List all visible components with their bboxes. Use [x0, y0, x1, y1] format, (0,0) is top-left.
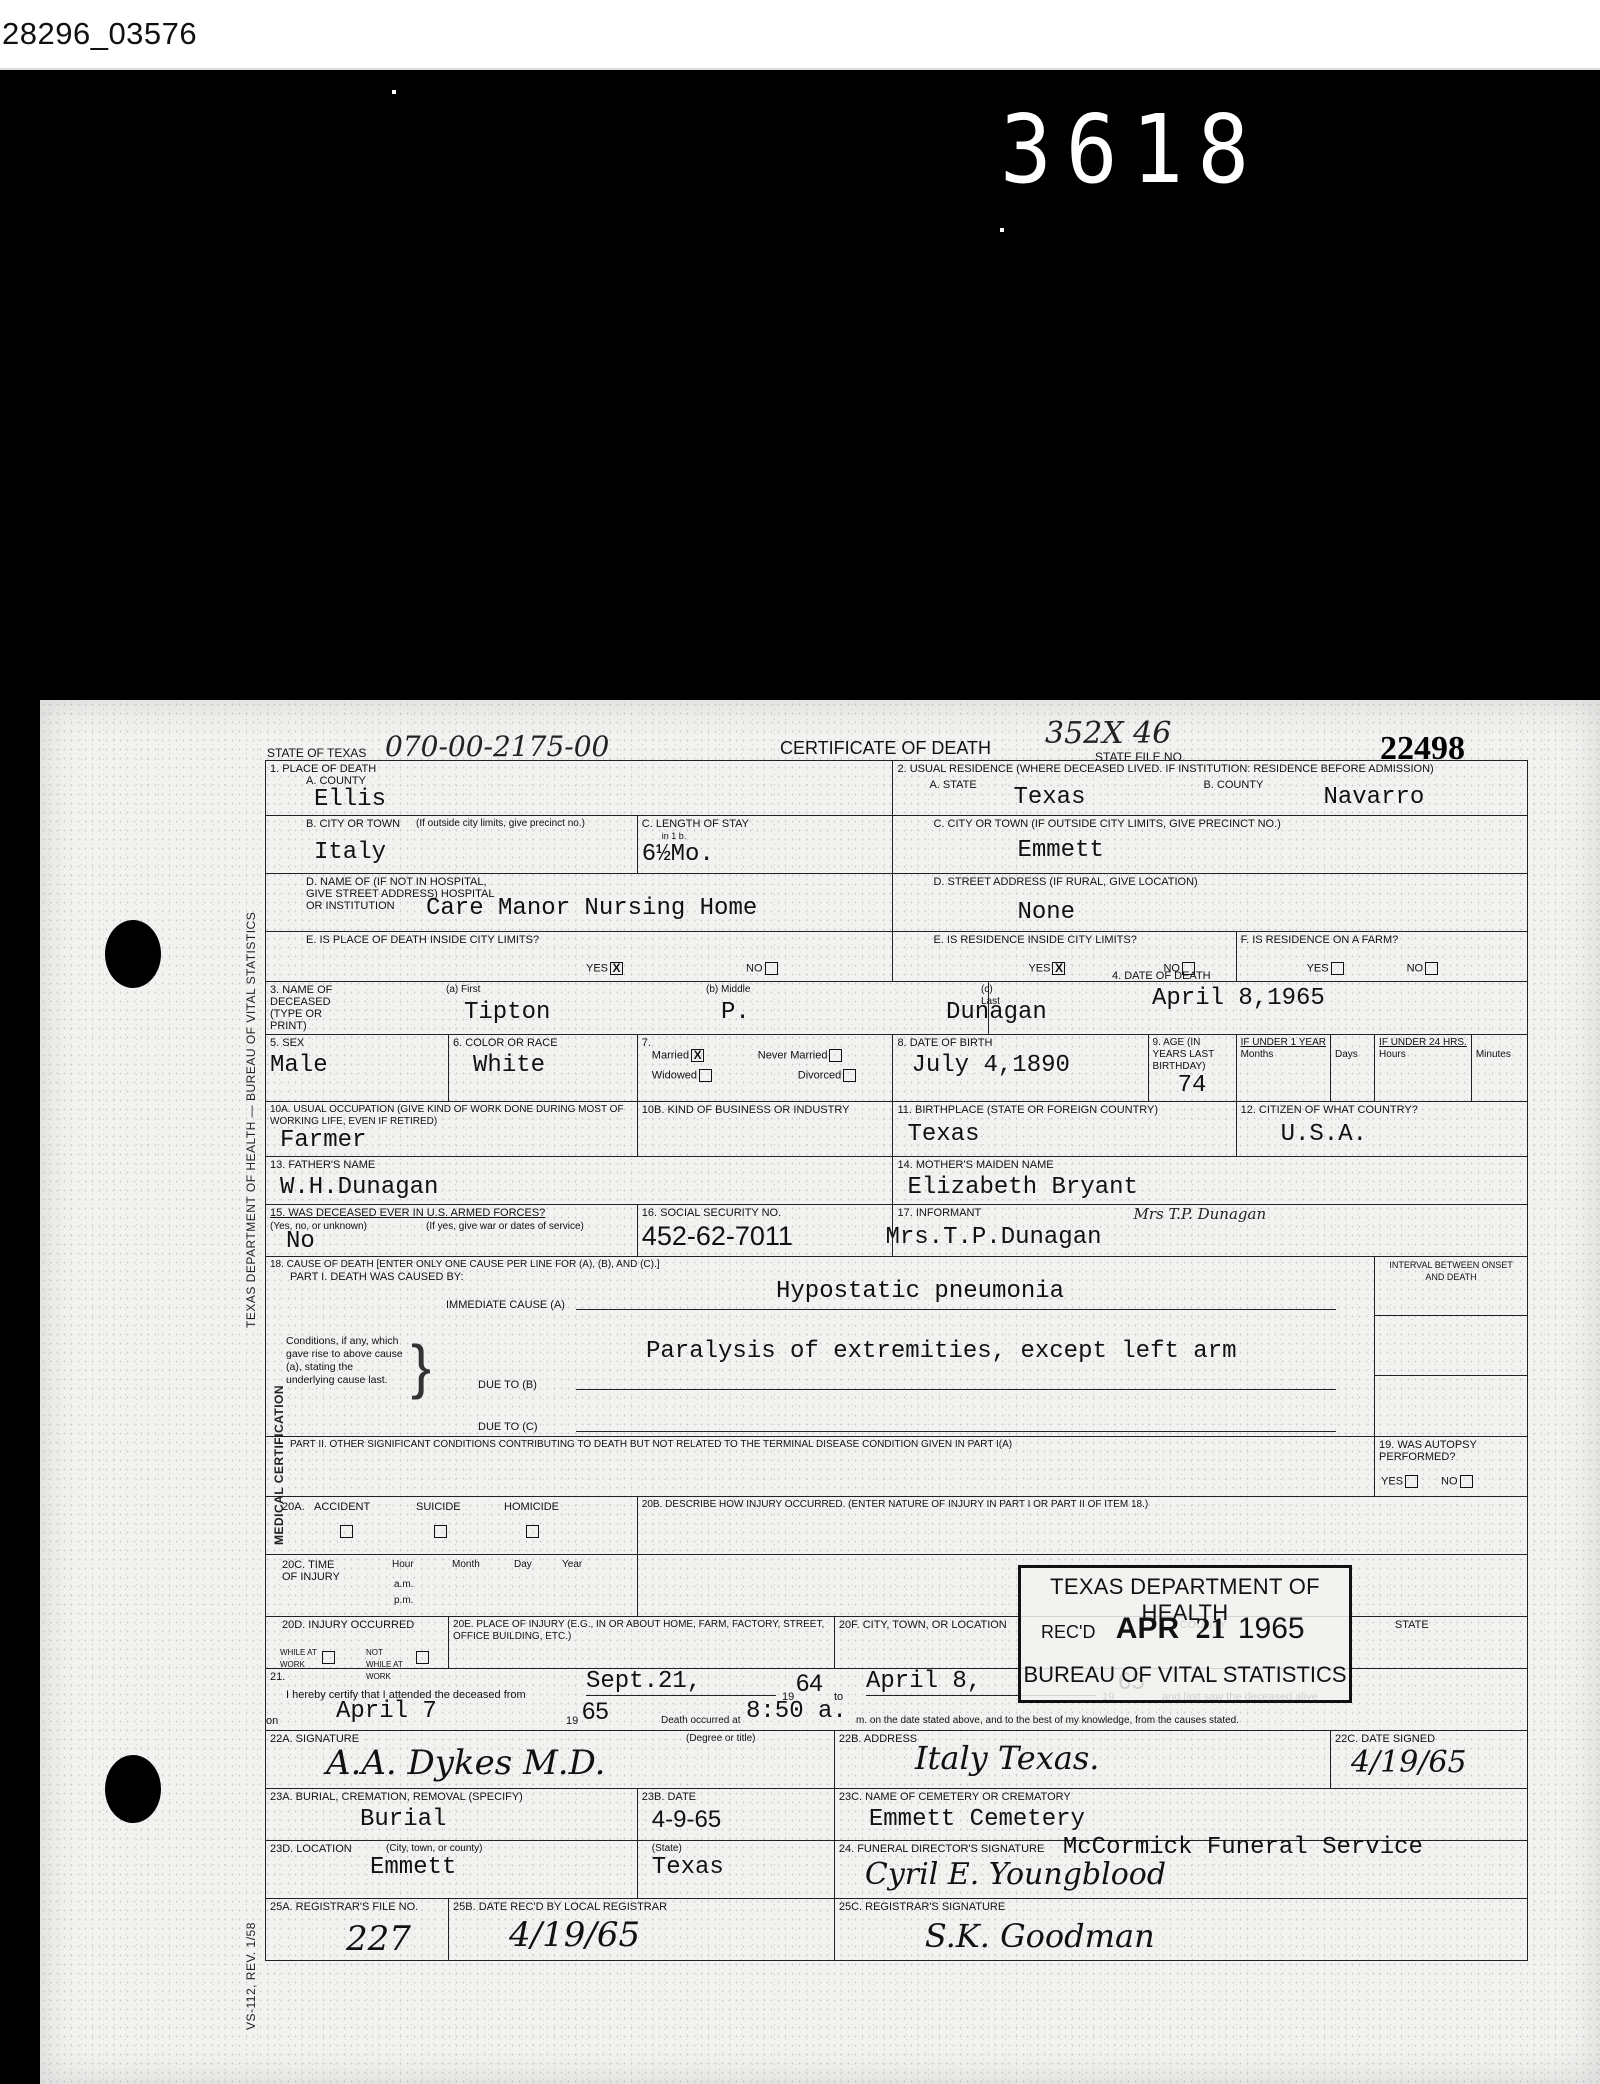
autopsy-yes[interactable]: YES	[1381, 1475, 1418, 1488]
sex-cell: 5. SEX Male	[266, 1035, 449, 1102]
immediate-cause-value[interactable]: Hypostatic pneumonia	[776, 1279, 1064, 1305]
father-name-value[interactable]: W.H.Dunagan	[270, 1171, 888, 1201]
registrar-signature-label: 25c. REGISTRAR'S SIGNATURE	[839, 1901, 1523, 1913]
institution-value[interactable]: Care Manor Nursing Home	[426, 896, 757, 922]
last-seen-date[interactable]: April 7	[336, 1699, 437, 1725]
months-label: Months	[1241, 1049, 1326, 1061]
hours-cell: IF UNDER 24 HRS. Hours	[1375, 1035, 1472, 1102]
birthplace-cell: 11. BIRTHPLACE (State or foreign country…	[893, 1102, 1236, 1157]
residence-city-cell: c. CITY OR TOWN (If outside city limits,…	[893, 816, 1528, 874]
date-signed-value: 4/19/65	[1351, 1745, 1467, 1780]
date-of-death-value[interactable]: April 8,1965	[1112, 986, 1325, 1012]
residence-street-cell: d. STREET ADDRESS (If rural, give locati…	[893, 874, 1528, 932]
interval-label: INTERVAL BETWEEN ONSET AND DEATH	[1379, 1259, 1523, 1283]
registrar-signature-cell: 25c. REGISTRAR'S SIGNATURE S.K. Goodman	[834, 1899, 1527, 1961]
handwritten-ref: 352X 46	[1045, 716, 1171, 751]
physician-signature-cell: 22a. SIGNATURE (Degree or title) A.A. Dy…	[266, 1731, 835, 1789]
due-to-c-label: DUE TO (c)	[478, 1421, 538, 1433]
location-cell: 23d. LOCATION (City, town, or county) Em…	[266, 1841, 638, 1899]
death-inside-limits-cell: e. IS PLACE OF DEATH INSIDE CITY LIMITS?…	[266, 932, 893, 982]
residence-state-county-cell: 2. USUAL RESIDENCE (Where deceased lived…	[893, 761, 1528, 816]
married-option[interactable]: MarriedX	[652, 1049, 704, 1062]
location-state-value[interactable]: Texas	[642, 1855, 830, 1881]
death-inside-no-checkbox[interactable]	[765, 962, 778, 975]
place-of-death-label: 1. PLACE OF DEATH	[270, 763, 888, 775]
certificate-header: STATE OF TEXAS 070-00-2175-00 CERTIFICAT…	[265, 730, 1545, 762]
date-of-birth-cell: 8. DATE OF BIRTH July 4,1890	[893, 1035, 1148, 1102]
injury-state-label: STATE	[1395, 1619, 1429, 1631]
citizenship-cell: 12. CITIZEN OF WHAT COUNTRY? U.S.A.	[1236, 1102, 1527, 1157]
length-of-stay-value[interactable]: 6½Mo.	[642, 842, 889, 868]
cemetery-label: 23c. NAME OF CEMETERY OR CREMATORY	[839, 1791, 1523, 1803]
funeral-director-cell: 24. FUNERAL DIRECTOR'S SIGNATURE McCormi…	[834, 1841, 1527, 1899]
age-cell: 9. AGE (In years last birthday) 74	[1148, 1035, 1236, 1102]
minutes-cell: Minutes	[1471, 1035, 1527, 1102]
pm-label: p.m.	[394, 1595, 413, 1607]
not-while-at-work-checkbox[interactable]	[416, 1651, 429, 1664]
registrar-file-label: 25a. REGISTRAR'S FILE NO.	[270, 1901, 444, 1913]
injury-occurred-cell: 20d. INJURY OCCURRED WHILE AT WORK NOT W…	[266, 1617, 449, 1669]
death-time-value[interactable]: 8:50 a.	[746, 1699, 847, 1725]
suicide-checkbox[interactable]	[434, 1525, 447, 1538]
physician-signature: A.A. Dykes M.D.	[326, 1743, 605, 1783]
stamp-year: 1965	[1238, 1612, 1305, 1645]
mother-name-cell: 14. MOTHER'S MAIDEN NAME Elizabeth Bryan…	[893, 1157, 1528, 1205]
middle-name-value[interactable]: P.	[721, 1000, 750, 1026]
residence-street-value[interactable]: None	[897, 888, 1523, 926]
due-to-b-label: DUE TO (b)	[478, 1379, 537, 1391]
disposition-method-value[interactable]: Burial	[270, 1803, 633, 1833]
state-label: STATE OF TEXAS	[267, 746, 366, 760]
married-checkbox[interactable]: X	[691, 1049, 704, 1062]
autopsy-no-checkbox[interactable]	[1460, 1475, 1473, 1488]
middle-name-label: (b) Middle	[706, 984, 750, 996]
no-label: NO	[1441, 1475, 1458, 1487]
institution-cell: d. NAME OF (If not in hospital, give str…	[266, 874, 893, 932]
hour-label: Hour	[392, 1559, 414, 1571]
certificate-form: 1. PLACE OF DEATH a. COUNTY Ellis 2. USU…	[265, 760, 1528, 1961]
while-at-work-checkbox[interactable]	[322, 1651, 335, 1664]
disposition-date-cell: 23b. DATE 4-9-65	[637, 1789, 834, 1841]
ssn-value[interactable]: 452-62-7011	[642, 1219, 889, 1249]
place-of-death-county-cell: 1. PLACE OF DEATH a. COUNTY Ellis	[266, 761, 893, 816]
disposition-method-label: 23a. BURIAL, CREMATION, REMOVAL (Specify…	[270, 1791, 633, 1803]
stamp-day: 21	[1195, 1612, 1225, 1645]
physician-address-cell: 22b. ADDRESS Italy Texas.	[834, 1731, 1330, 1789]
residence-inside-yes-checkbox[interactable]: X	[1052, 962, 1065, 975]
dob-value[interactable]: July 4,1890	[897, 1049, 1143, 1079]
injury-description-cell: 20b. DESCRIBE HOW INJURY OCCURRED. (Ente…	[637, 1497, 1527, 1555]
death-inside-yes-checkbox[interactable]: X	[610, 962, 623, 975]
suicide-label: SUICIDE	[416, 1501, 461, 1513]
under-24-label: IF UNDER 24 HRS.	[1379, 1037, 1467, 1049]
length-of-stay-label: c. LENGTH OF STAY	[642, 818, 889, 830]
punch-hole	[105, 920, 161, 988]
armed-forces-value[interactable]: No	[286, 1229, 315, 1255]
registrar-date-cell: 25b. DATE REC'D BY LOCAL REGISTRAR 4/19/…	[449, 1899, 835, 1961]
injury-time-label: 20c. TIME OF INJURY	[282, 1559, 342, 1583]
immediate-cause-line	[576, 1309, 1336, 1310]
never-married-option[interactable]: Never Married	[758, 1049, 843, 1062]
homicide-checkbox[interactable]	[526, 1525, 539, 1538]
residence-state-label: a. STATE	[929, 779, 976, 791]
birthplace-value[interactable]: Texas	[897, 1116, 1231, 1148]
industry-cell: 10b. KIND OF BUSINESS OR INDUSTRY	[637, 1102, 893, 1157]
attended-from-date[interactable]: Sept.21,	[586, 1669, 776, 1696]
cause-of-death-label: 18. CAUSE OF DEATH [Enter only one cause…	[270, 1259, 1370, 1271]
days-cell: Days	[1330, 1035, 1374, 1102]
stamp-bureau: BUREAU OF VITAL STATISTICS	[1021, 1662, 1349, 1688]
armed-forces-sub1: (Yes, no, or unknown)	[270, 1221, 367, 1233]
mother-name-value[interactable]: Elizabeth Bryant	[897, 1171, 1523, 1201]
brace-icon: }	[411, 1337, 431, 1397]
department-side-label: TEXAS DEPARTMENT OF HEALTH — BUREAU OF V…	[244, 912, 258, 1328]
death-city-cell: b. CITY OR TOWN (If outside city limits,…	[266, 816, 638, 874]
under-year-label: IF UNDER 1 YEAR	[1241, 1037, 1326, 1049]
date-signed-label: 22c. DATE SIGNED	[1335, 1733, 1523, 1745]
hours-label: Hours	[1379, 1049, 1467, 1061]
age-value[interactable]: 74	[1153, 1073, 1232, 1099]
accident-label: ACCIDENT	[314, 1501, 370, 1513]
citizenship-value[interactable]: U.S.A.	[1241, 1116, 1523, 1148]
stamp-date: REC'D APR 21 1965	[1021, 1612, 1349, 1646]
death-inside-limits-label: e. IS PLACE OF DEATH INSIDE CITY LIMITS?	[270, 934, 888, 946]
divorced-checkbox[interactable]	[843, 1069, 856, 1082]
autopsy-yes-checkbox[interactable]	[1405, 1475, 1418, 1488]
months-cell: IF UNDER 1 YEAR Months	[1236, 1035, 1330, 1102]
industry-label: 10b. KIND OF BUSINESS OR INDUSTRY	[642, 1104, 889, 1116]
physician-address: Italy Texas.	[915, 1739, 1100, 1777]
widowed-option[interactable]: Widowed	[652, 1069, 712, 1082]
injury-occurred-label: 20d. INJURY OCCURRED	[270, 1619, 444, 1631]
married-label: Married	[652, 1049, 689, 1061]
while-at-work-label: WHILE AT WORK	[280, 1647, 320, 1671]
cemetery-value[interactable]: Emmett Cemetery	[839, 1803, 1523, 1833]
disposition-date-label: 23b. DATE	[642, 1791, 830, 1803]
informant-signature: Mrs T.P. Dunagan	[1133, 1205, 1266, 1223]
farm-no[interactable]: NO	[1407, 962, 1439, 975]
location-state-cell: (State) Texas	[637, 1841, 834, 1899]
degree-label: (Degree or title)	[686, 1733, 755, 1745]
residence-street-label: d. STREET ADDRESS (If rural, give locati…	[897, 876, 1523, 888]
marital-label: 7.	[642, 1037, 889, 1049]
father-name-cell: 13. FATHER'S NAME W.H.Dunagan	[266, 1157, 893, 1205]
location-value[interactable]: Emmett	[270, 1855, 633, 1881]
location-hint: (City, town, or county)	[386, 1843, 483, 1855]
citizenship-label: 12. CITIZEN OF WHAT COUNTRY?	[1241, 1104, 1523, 1116]
age-label: 9. AGE (In years last birthday)	[1153, 1037, 1232, 1073]
divorced-option[interactable]: Divorced	[798, 1069, 856, 1082]
immediate-cause-label: IMMEDIATE CAUSE (a)	[446, 1299, 565, 1311]
divorced-label: Divorced	[798, 1069, 841, 1081]
ssn-label: 16. SOCIAL SECURITY NO.	[642, 1207, 889, 1219]
injury-time-cell: 20c. TIME OF INJURY Hour Month Day Year …	[266, 1555, 638, 1617]
due-to-b-line	[576, 1389, 1336, 1390]
due-to-b-value[interactable]: Paralysis of extremities, except left ar…	[646, 1339, 1237, 1365]
armed-forces-label: 15. WAS DECEASED EVER IN U.S. ARMED FORC…	[270, 1207, 633, 1219]
yes-label: YES	[1381, 1475, 1403, 1487]
day-label: Day	[514, 1559, 532, 1571]
injury-type-label: 20a.	[282, 1501, 305, 1513]
occupation-cell: 10a. USUAL OCCUPATION (Give kind of work…	[266, 1102, 638, 1157]
document-id-bar: 28296_03576	[0, 0, 1600, 70]
informant-value[interactable]: Mrs.T.P.Dunagan	[885, 1225, 1101, 1251]
father-name-label: 13. FATHER'S NAME	[270, 1159, 888, 1171]
occupation-value[interactable]: Farmer	[270, 1128, 633, 1154]
handwritten-code: 070-00-2175-00	[385, 730, 609, 763]
residence-label: 2. USUAL RESIDENCE (Where deceased lived…	[897, 763, 1523, 775]
residence-county-label: b. COUNTY	[1203, 779, 1263, 791]
yes-label: YES	[1028, 962, 1050, 974]
farm-label: f. IS RESIDENCE ON A FARM?	[1241, 934, 1523, 946]
death-city-hint: (If outside city limits, give precinct n…	[416, 818, 585, 830]
funeral-director-signature: Cyril E. Youngblood	[865, 1857, 1166, 1892]
interval-cell: INTERVAL BETWEEN ONSET AND DEATH	[1375, 1257, 1528, 1437]
never-married-label: Never Married	[758, 1049, 828, 1061]
registrar-signature: S.K. Goodman	[925, 1917, 1155, 1955]
never-married-checkbox[interactable]	[829, 1049, 842, 1062]
injury-place-label: 20e. PLACE OF INJURY (e.g., in or about …	[453, 1619, 830, 1643]
on-label: on	[266, 1715, 278, 1727]
residence-city-value[interactable]: Emmett	[897, 830, 1523, 864]
film-speck	[1000, 228, 1004, 232]
death-inside-yes[interactable]: YESX	[586, 962, 623, 975]
certification-statement: m. on the date stated above, and to the …	[856, 1715, 1239, 1726]
certificate-title: CERTIFICATE OF DEATH	[780, 738, 991, 759]
death-city-value[interactable]: Italy	[270, 830, 633, 866]
disposition-method-cell: 23a. BURIAL, CREMATION, REMOVAL (Specify…	[266, 1789, 638, 1841]
injury-place-cell: 20e. PLACE OF INJURY (e.g., in or about …	[449, 1617, 835, 1669]
date-of-death-block: 4. DATE OF DEATH April 8,1965	[1112, 970, 1325, 1012]
autopsy-label: 19. WAS AUTOPSY PERFORMED?	[1379, 1439, 1523, 1463]
death-inside-no[interactable]: NO	[746, 962, 778, 975]
marital-status-cell: 7. MarriedX Never Married Widowed Divorc…	[637, 1035, 893, 1102]
death-county-value[interactable]: Ellis	[270, 787, 888, 813]
injury-describe-label: 20b. DESCRIBE HOW INJURY OCCURRED. (Ente…	[642, 1499, 1523, 1511]
year-prefix: 19	[566, 1715, 578, 1727]
armed-forces-cell: 15. WAS DECEASED EVER IN U.S. ARMED FORC…	[266, 1205, 638, 1257]
injury-type-cell: 20a. ACCIDENT SUICIDE HOMICIDE	[266, 1497, 638, 1555]
yes-label: YES	[586, 962, 608, 974]
widowed-checkbox[interactable]	[699, 1069, 712, 1082]
farm-no-checkbox[interactable]	[1425, 962, 1438, 975]
race-label: 6. COLOR OR RACE	[453, 1037, 633, 1049]
residence-inside-yes[interactable]: YESX	[1028, 962, 1065, 975]
death-occurred-label: Death occurred at	[661, 1715, 741, 1726]
ssn-cell: 16. SOCIAL SECURITY NO. 452-62-7011	[637, 1205, 893, 1257]
cause-of-death-cell: 18. CAUSE OF DEATH [Enter only one cause…	[266, 1257, 1375, 1437]
due-to-c-line	[576, 1431, 1336, 1432]
autopsy-no[interactable]: NO	[1441, 1475, 1473, 1488]
registrar-file-value: 227	[346, 1919, 411, 1959]
residence-state-value[interactable]: Texas	[1013, 785, 1085, 811]
last-seen-year[interactable]: 65	[582, 1699, 609, 1725]
document-id: 28296_03576	[2, 16, 197, 52]
widowed-label: Widowed	[652, 1069, 697, 1081]
residence-county-value[interactable]: Navarro	[1323, 785, 1424, 811]
conditions-note: Conditions, if any, which gave rise to a…	[286, 1335, 404, 1387]
first-name-label: (a) First	[446, 984, 480, 996]
year-label: Year	[562, 1559, 582, 1571]
am-label: a.m.	[394, 1579, 413, 1591]
sex-label: 5. SEX	[270, 1037, 444, 1049]
film-speck	[392, 90, 396, 94]
mother-name-label: 14. MOTHER'S MAIDEN NAME	[897, 1159, 1523, 1171]
informant-cell: 17. INFORMANT Mrs.T.P.Dunagan Mrs T.P. D…	[893, 1205, 1528, 1257]
first-name-value[interactable]: Tipton	[464, 1000, 550, 1026]
days-label: Days	[1335, 1049, 1370, 1061]
farm-yes-checkbox[interactable]	[1331, 962, 1344, 975]
residence-city-label: c. CITY OR TOWN (If outside city limits,…	[897, 818, 1523, 830]
disposition-date-value[interactable]: 4-9-65	[642, 1803, 830, 1833]
form-revision-label: VS-112, REV. 1/58	[244, 1922, 258, 2030]
stamp-month: APR	[1116, 1612, 1179, 1645]
autopsy-cell: 19. WAS AUTOPSY PERFORMED? YES NO	[1375, 1437, 1528, 1497]
sex-value[interactable]: Male	[270, 1049, 444, 1079]
month-label: Month	[452, 1559, 480, 1571]
dob-label: 8. DATE OF BIRTH	[897, 1037, 1143, 1049]
attended-from-year[interactable]: 64	[796, 1671, 823, 1697]
birthplace-label: 11. BIRTHPLACE (State or foreign country…	[897, 1104, 1231, 1116]
microfilm-frame-number: 3618	[1000, 95, 1263, 205]
part2-label: PART II. OTHER SIGNIFICANT CONDITIONS CO…	[270, 1439, 1370, 1451]
registrar-date-label: 25b. DATE REC'D BY LOCAL REGISTRAR	[453, 1901, 830, 1913]
homicide-label: HOMICIDE	[504, 1501, 559, 1513]
no-label: NO	[1407, 962, 1424, 974]
deceased-name-label: 3. NAME OF DECEASED (Type or print)	[270, 984, 350, 1032]
length-of-stay-cell: c. LENGTH OF STAY in 1 b. 6½Mo.	[637, 816, 893, 874]
deceased-name-cell: 3. NAME OF DECEASED (Type or print) (a) …	[266, 982, 989, 1035]
race-value[interactable]: White	[453, 1049, 633, 1079]
no-label: NO	[746, 962, 763, 974]
accident-checkbox[interactable]	[340, 1525, 353, 1538]
punch-hole	[105, 1755, 161, 1823]
received-stamp: TEXAS DEPARTMENT OF HEALTH REC'D APR 21 …	[1018, 1565, 1352, 1703]
armed-forces-sub2: (If yes, give war or dates of service)	[426, 1221, 584, 1233]
registrar-date-value: 4/19/65	[509, 1915, 640, 1955]
occupation-label: 10a. USUAL OCCUPATION (Give kind of work…	[270, 1104, 633, 1128]
registrar-file-cell: 25a. REGISTRAR'S FILE NO. 227	[266, 1899, 449, 1961]
stamp-recd-label: REC'D	[1041, 1622, 1095, 1642]
minutes-label: Minutes	[1476, 1049, 1523, 1061]
residence-inside-limits-label: e. IS RESIDENCE INSIDE CITY LIMITS?	[897, 934, 1231, 946]
part2-cell: PART II. OTHER SIGNIFICANT CONDITIONS CO…	[266, 1437, 1375, 1497]
race-cell: 6. COLOR OR RACE White	[449, 1035, 638, 1102]
date-of-death-label: 4. DATE OF DEATH	[1112, 970, 1325, 982]
cemetery-cell: 23c. NAME OF CEMETERY OR CREMATORY Emmet…	[834, 1789, 1527, 1841]
date-signed-cell: 22c. DATE SIGNED 4/19/65	[1330, 1731, 1527, 1789]
